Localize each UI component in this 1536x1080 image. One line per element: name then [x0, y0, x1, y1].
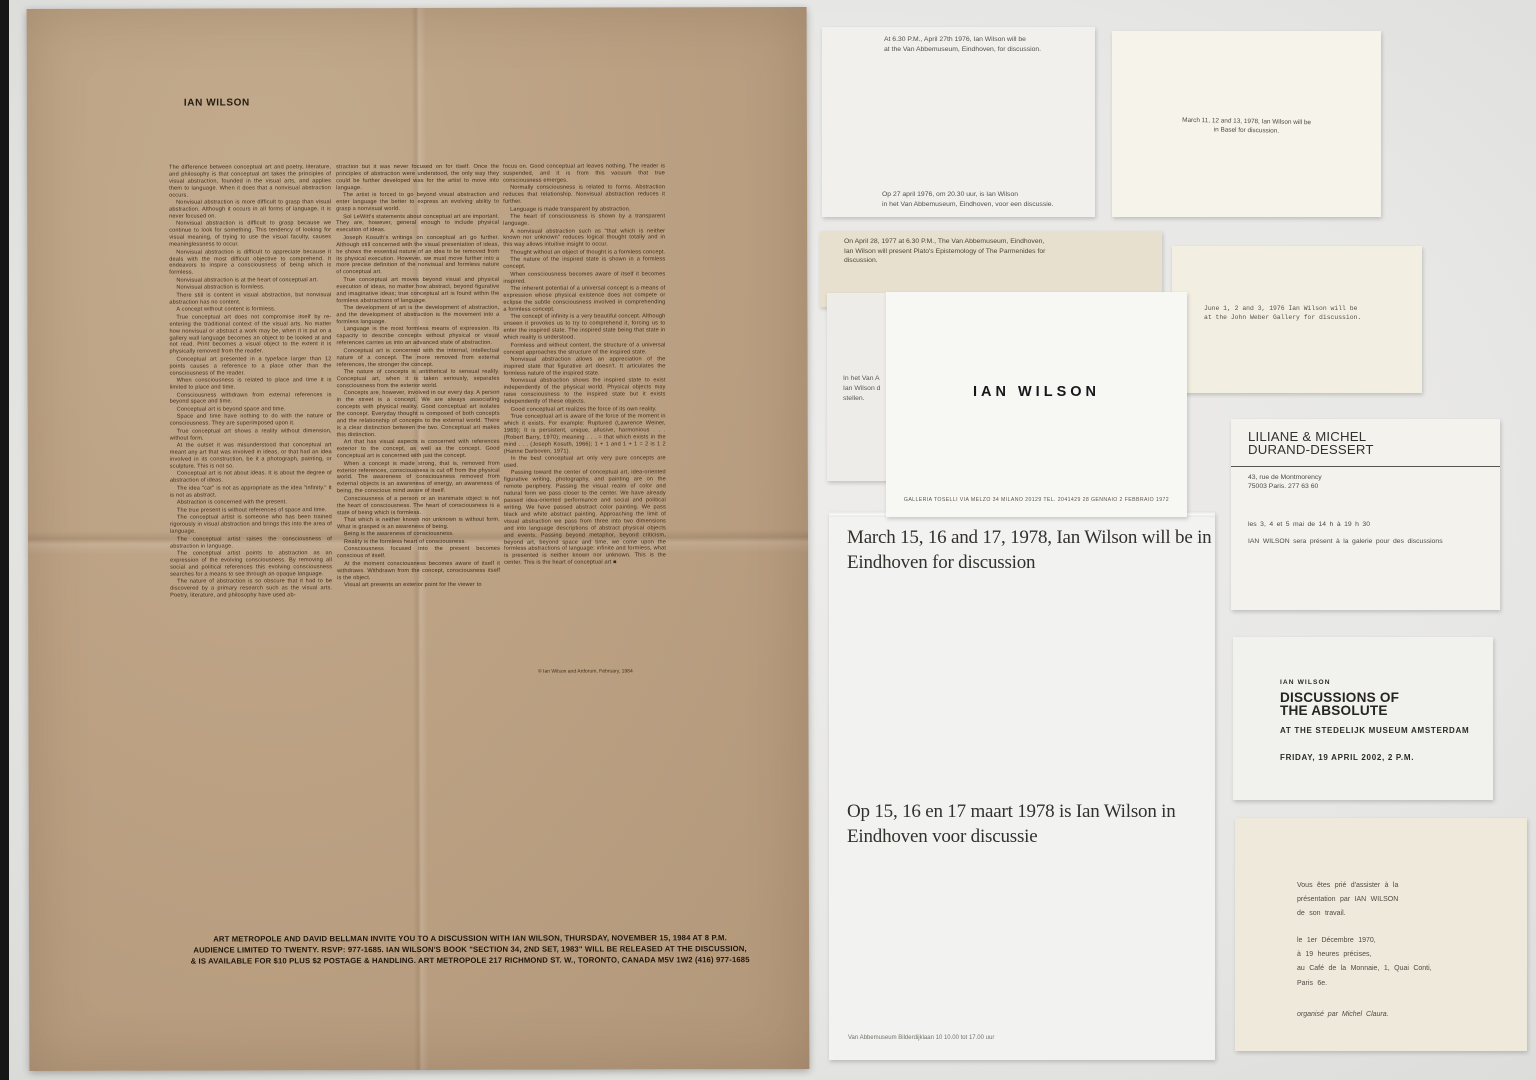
text-line: stellen. [843, 394, 880, 404]
text-line: March 15, 16 and 17, 1978, Ian Wilson wi… [847, 526, 1211, 551]
event-venue: AT THE STEDELIJK MUSEUM AMSTERDAM [1280, 726, 1469, 735]
event-dates: les 3, 4 et 5 mai de 14 h à 19 h 30 [1248, 521, 1370, 528]
poster-column-1: The difference between conceptual art an… [169, 164, 332, 694]
text-line: June 1, 2 and 3, 1976 Ian Wilson will be [1204, 304, 1361, 313]
card-basel-1978: March 11, 12 and 13, 1978, Ian Wilson wi… [1112, 31, 1381, 217]
card-text-english: At 6.30 P.M., April 27th 1976, Ian Wilso… [884, 35, 1041, 55]
organizer-line: organisé par Michel Claura. [1297, 1011, 1389, 1018]
text-line: in het Van Abbemuseum, Eindhoven, voor e… [882, 200, 1053, 210]
text-line: le 1er Décembre 1970, [1297, 934, 1432, 948]
text-line: 75003 Paris. 277 63 60 [1248, 482, 1322, 491]
text-line: THE ABSOLUTE [1280, 704, 1399, 717]
text-line: Op 15, 16 en 17 maart 1978 is Ian Wilson… [847, 800, 1176, 825]
poster-title: IAN WILSON [184, 97, 250, 108]
gallery-address-line: GALLERIA TOSELLI VIA MELZO 34 MILANO 201… [886, 497, 1187, 503]
text-line: au Café de la Monnaie, 1, Quai Conti, [1297, 962, 1432, 976]
text-line: Eindhoven voor discussie [847, 825, 1176, 850]
event-details: le 1er Décembre 1970, à 19 heures précis… [1297, 934, 1432, 991]
card-cafe-monnaie-1970: Vous êtes prié d'assister à la présentat… [1235, 818, 1527, 1051]
text-line: discussion. [844, 256, 1045, 266]
poster-invitation-text: ART METROPOLE AND DAVID BELLMAN INVITE Y… [161, 932, 779, 967]
card-text: On April 28, 1977 at 6.30 P.M., The Van … [844, 237, 1045, 266]
text-line: On April 28, 1977 at 6.30 P.M., The Van … [844, 237, 1045, 247]
poster-conceptual-art-1984: IAN WILSON The difference between concep… [27, 7, 810, 1071]
text-line: at the John Weber Gallery for discussion… [1204, 313, 1361, 322]
text-line: In het Van A [843, 374, 880, 384]
gallery-address: 43, rue de Montmorency 75003 Paris. 277 … [1248, 473, 1322, 491]
text-line: de son travail. [1297, 907, 1398, 921]
card-stedelijk-2002: IAN WILSON DISCUSSIONS OF THE ABSOLUTE A… [1233, 637, 1493, 800]
text-line: présentation par IAN WILSON [1297, 893, 1398, 907]
card-van-abbemuseum-1976: At 6.30 P.M., April 27th 1976, Ian Wilso… [822, 27, 1095, 217]
text-line: Vous êtes prié d'assister à la [1297, 879, 1398, 893]
poster-column-2: straction but it was never focused on fo… [336, 164, 500, 694]
divider-rule [1231, 466, 1500, 467]
invitation-text: Vous êtes prié d'assister à la présentat… [1297, 879, 1398, 922]
card-text-dutch: Op 27 april 1976, om 20.30 uur, is Ian W… [882, 190, 1053, 210]
event-datetime: FRIDAY, 19 APRIL 2002, 2 P.M. [1280, 753, 1414, 762]
gallery-name: LILIANE & MICHEL DURAND-DESSERT [1248, 431, 1374, 456]
text-line: Ian Wilson will present Plato's Epistemo… [844, 247, 1045, 257]
artist-name: IAN WILSON [886, 384, 1187, 400]
museum-address-line: Van Abbemuseum Bilderdijklaan 10 10.00 t… [848, 1035, 994, 1041]
text-line: Paris 6e. [1297, 977, 1432, 991]
text-line: DURAND-DESSERT [1248, 444, 1374, 457]
poster-column-3: focus on. Good conceptual art leaves not… [503, 163, 666, 693]
poster-credit-line: © Ian Wilson and Artforum, February, 198… [504, 668, 666, 674]
event-note: IAN WILSON sera présent à la galerie pou… [1248, 538, 1443, 545]
text-line: Eindhoven for discussion [847, 551, 1211, 576]
card-text: June 1, 2 and 3, 1976 Ian Wilson will be… [1204, 304, 1361, 322]
announcement-english: March 15, 16 and 17, 1978, Ian Wilson wi… [847, 526, 1211, 575]
text-line: At 6.30 P.M., April 27th 1976, Ian Wilso… [884, 35, 1041, 45]
event-title: DISCUSSIONS OF THE ABSOLUTE [1280, 691, 1399, 718]
text-line: DISCUSSIONS OF [1280, 691, 1399, 704]
card-durand-dessert: LILIANE & MICHEL DURAND-DESSERT 43, rue … [1231, 419, 1500, 610]
card-text-fragment: In het Van A Ian Wilson d stellen. [843, 374, 880, 404]
card-text: March 11, 12 and 13, 1978, Ian Wilson wi… [1112, 114, 1381, 137]
announcement-dutch: Op 15, 16 en 17 maart 1978 is Ian Wilson… [847, 800, 1176, 849]
text-line: Ian Wilson d [843, 384, 880, 394]
text-line: Op 27 april 1976, om 20.30 uur, is Ian W… [882, 190, 1053, 200]
text-line: à 19 heures précises, [1297, 948, 1432, 962]
text-line: 43, rue de Montmorency [1248, 473, 1322, 482]
artist-name: IAN WILSON [1280, 679, 1331, 686]
photo-edge [0, 0, 9, 1080]
sheet-eindhoven-1978: March 15, 16 and 17, 1978, Ian Wilson wi… [829, 512, 1215, 1060]
card-galleria-toselli-1972: IAN WILSON GALLERIA TOSELLI VIA MELZO 34… [886, 292, 1187, 517]
card-john-weber-1976: June 1, 2 and 3, 1976 Ian Wilson will be… [1172, 246, 1422, 393]
text-line: at the Van Abbemuseum, Eindhoven, for di… [884, 45, 1041, 55]
